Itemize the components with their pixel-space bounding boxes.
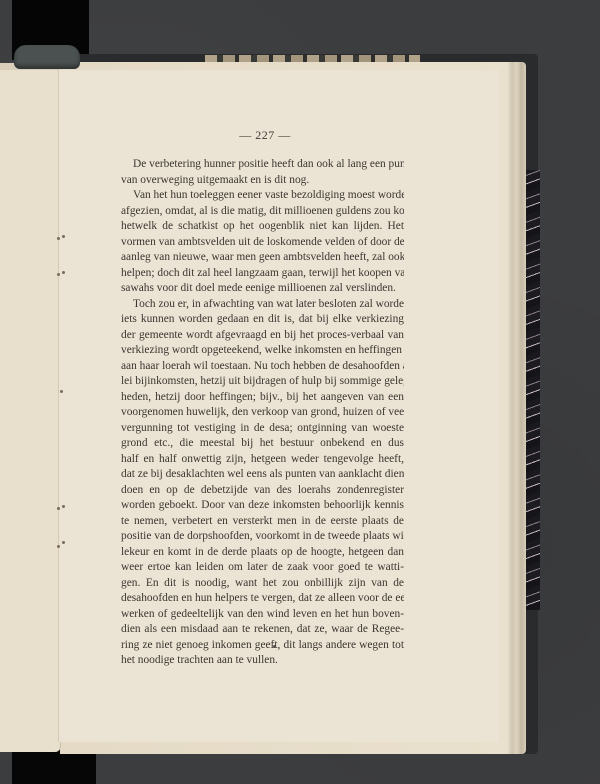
text-line: vormen van ambtsvelden uit de loskomende… [121, 235, 404, 251]
text-line: vergunning tot vestiging in de desa; ont… [121, 421, 404, 437]
text-line: positie van de dorpshoofden, voorkomt in… [121, 529, 404, 545]
text-line: het noodige trachten aan te vullen. [121, 653, 404, 669]
text-line: helpen; doch dit zal heel langzaam gaan,… [121, 266, 404, 282]
left-page [0, 70, 61, 752]
text-line: Toch zou er, in afwachting van wat later… [121, 297, 404, 313]
text-line: half en half onwettig zijn, hetgeen wede… [121, 452, 404, 468]
text-line: voorgenomen huwelijk, den verkoop van gr… [121, 405, 404, 421]
text-line: aan haar loerah wil toestaan. Nu toch he… [121, 359, 404, 375]
binding-stitches [57, 235, 65, 565]
text-line: aanleg van nieuwe, waar men geen ambtsve… [121, 250, 404, 266]
text-line: der gemeente wordt afgevraagd en bij het… [121, 328, 404, 344]
text-line: dat ze bij desaklachten wel eens als pun… [121, 467, 404, 483]
text-line: iets kunnen worden gedaan en dit is, dat… [121, 312, 404, 328]
ink-speck [273, 645, 276, 648]
text-line: heden, hetzij door heffingen; bijv., bij… [121, 390, 404, 406]
text-line: worden geboekt. Door van deze inkomsten … [121, 498, 404, 514]
book-clip [14, 45, 80, 69]
page-number: — 227 — [0, 128, 530, 143]
text-line: afgezien, omdat, al is die matig, dit mi… [121, 204, 404, 220]
text-line: lekeur en komt in de derde plaats op de … [121, 545, 404, 561]
text-line: hetwelk de schatkist op het oogenblik ni… [121, 219, 404, 235]
body-text: De verbetering hunner positie heeft dan … [121, 157, 404, 669]
text-line: dien als een misdaad aan te rekenen, dat… [121, 622, 404, 638]
scanner-gap-bottom [12, 750, 96, 784]
text-line: van overweging uitgemaakt en is dit nog. [121, 173, 404, 189]
text-line: desahoofden en hun helpers te vergen, da… [121, 591, 404, 607]
text-line: doen en op de debetzijde van des loerahs… [121, 483, 404, 499]
text-line: sawahs voor dit doel mede eenige millioe… [121, 281, 404, 297]
text-line: gen. En dit is noodig, want het zou onbi… [121, 576, 404, 592]
text-line: weer ertoe kan leiden om later de zaak v… [121, 560, 404, 576]
text-line: Van het hun toeleggen eener vaste bezold… [121, 188, 404, 204]
text-line: verkiezing wordt opgeteekend, welke inko… [121, 343, 404, 359]
text-line: ring ze niet genoeg inkomen geeft, dit l… [121, 638, 404, 654]
text-line: grond etc., die meestal bij het bestuur … [121, 436, 404, 452]
text-line: De verbetering hunner positie heeft dan … [121, 157, 404, 173]
text-line: werken of gedeeltelijk van den wind leve… [121, 607, 404, 623]
text-line: lei bijinkomsten, hetzij uit bijdragen o… [121, 374, 404, 390]
text-line: te nemen, verbetert en versterkt men in … [121, 514, 404, 530]
